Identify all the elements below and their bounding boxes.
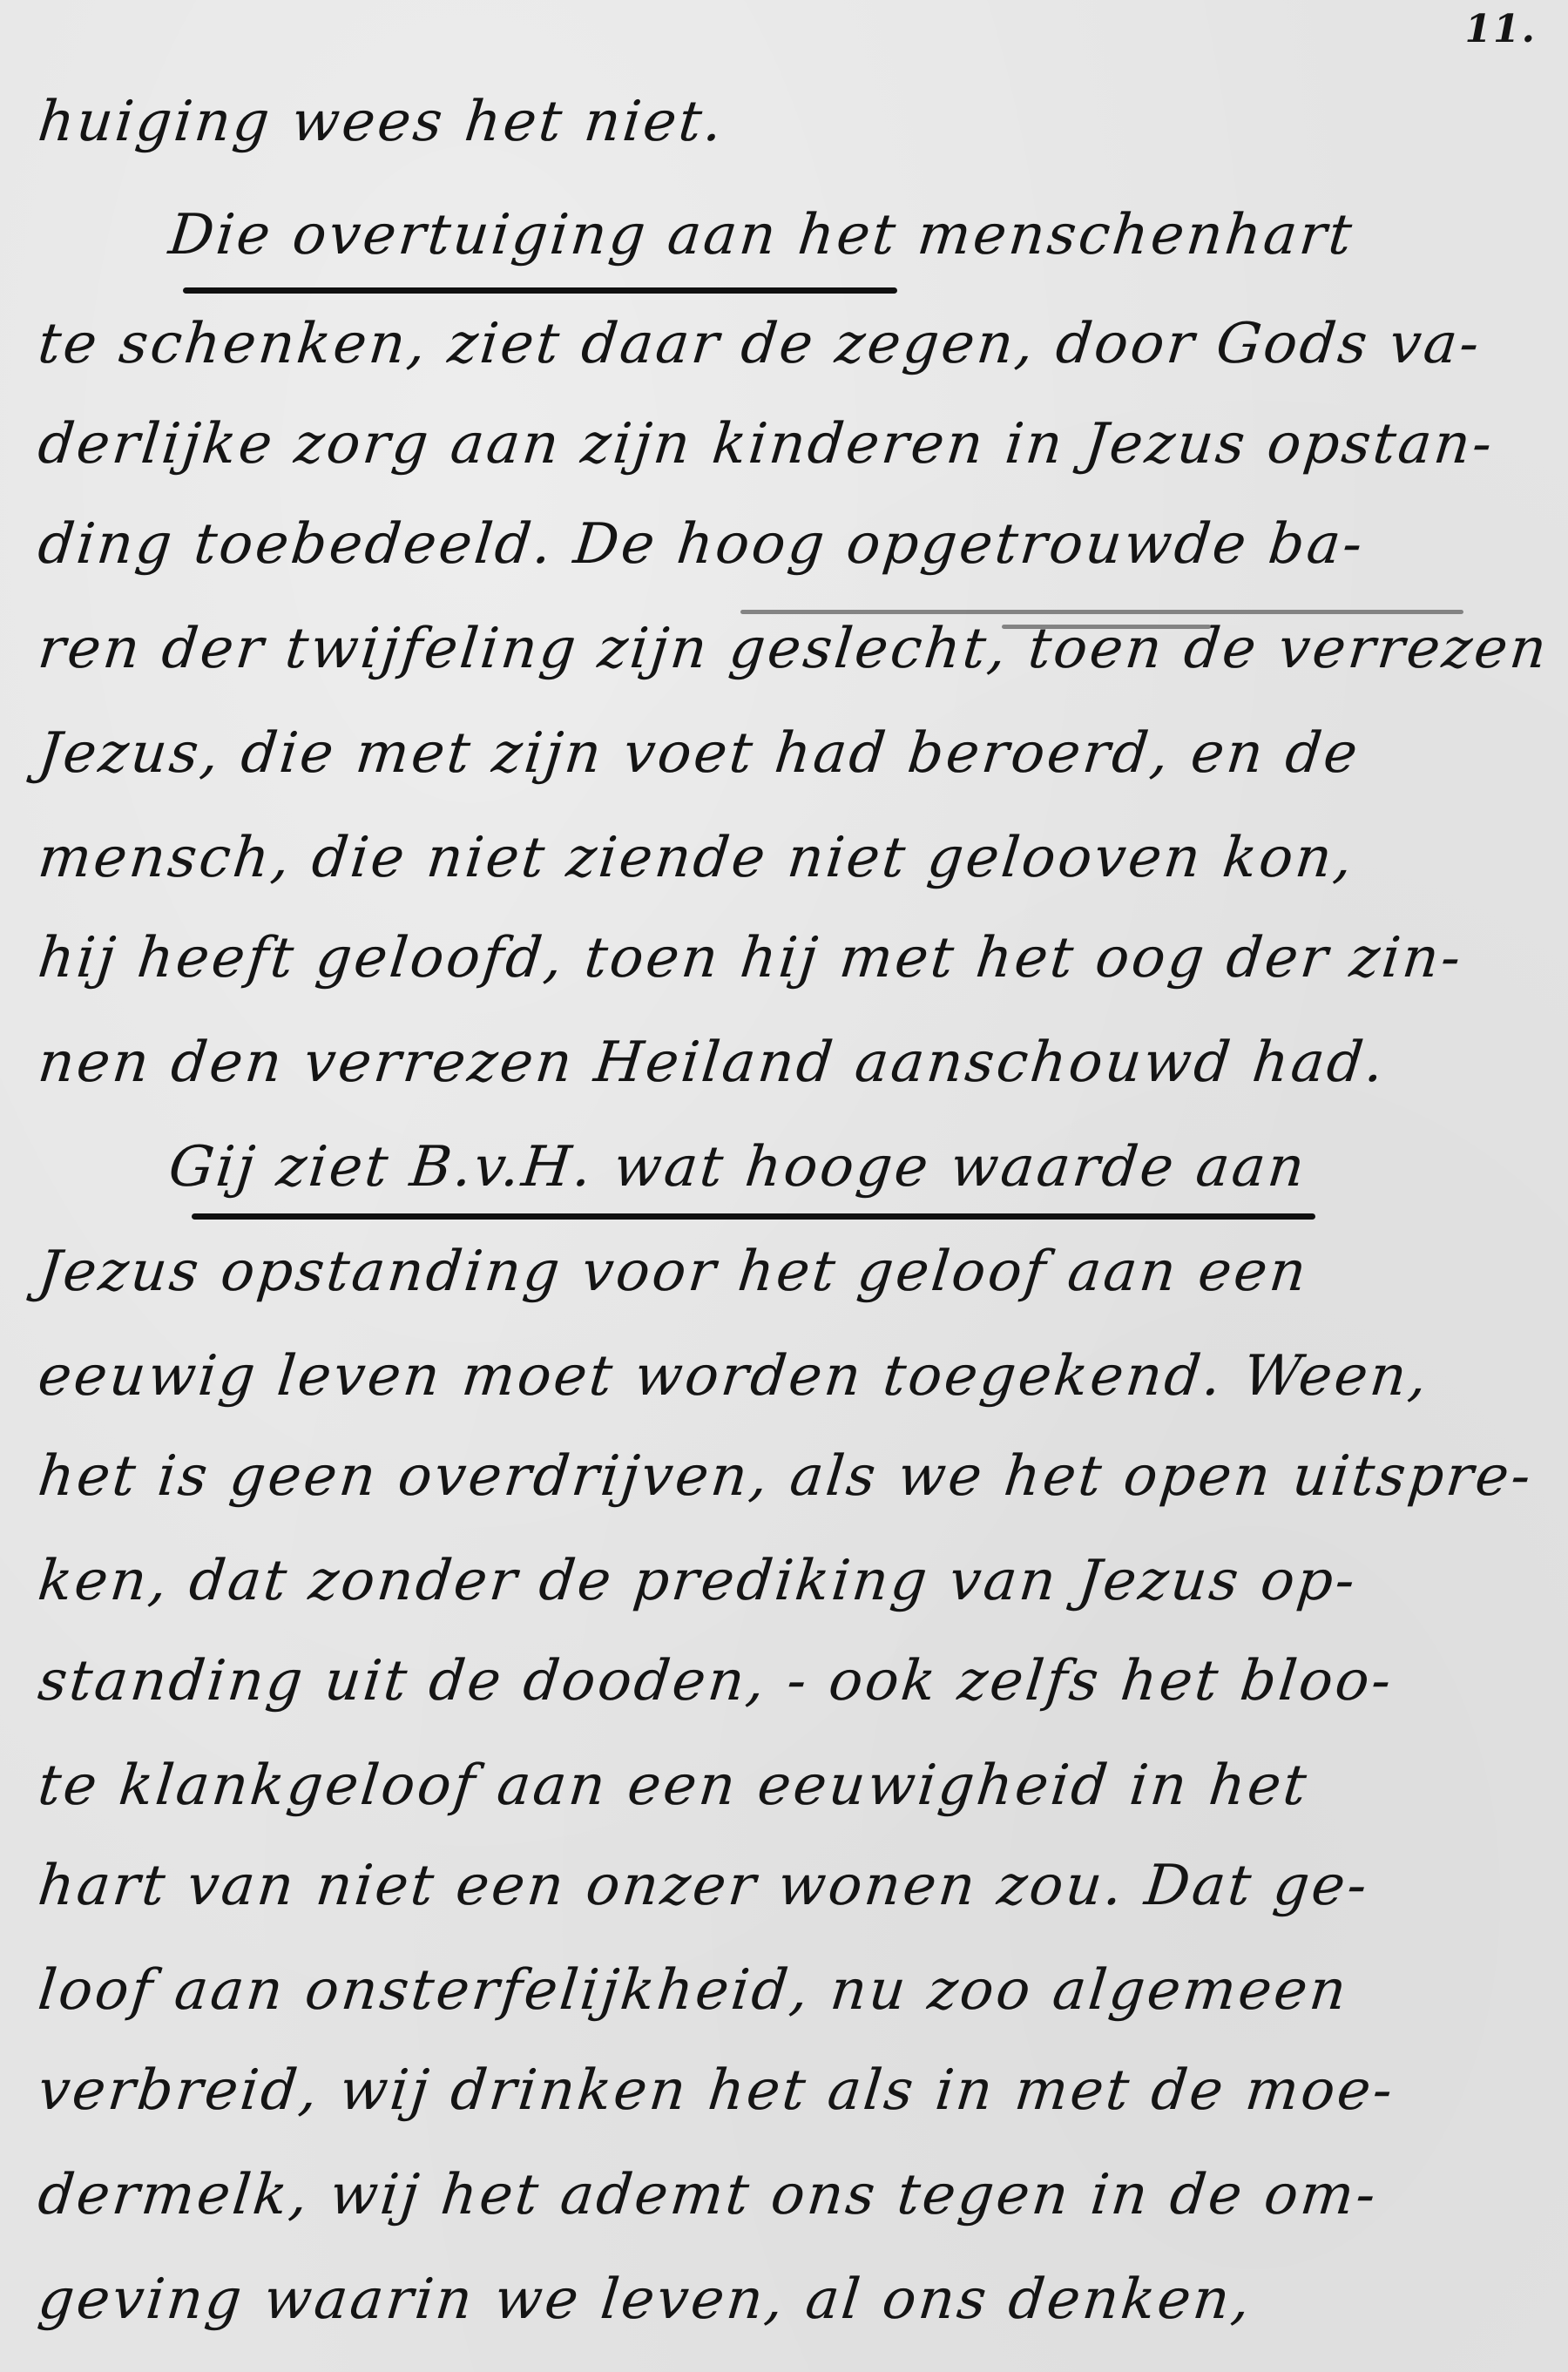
text-line: te schenken, ziet daar de zegen, door Go… bbox=[35, 309, 1540, 379]
text-line: mensch, die niet ziende niet gelooven ko… bbox=[35, 823, 1540, 893]
text-line: dermelk, wij het ademt ons tegen in de o… bbox=[35, 2160, 1540, 2230]
text-line: derlijke zorg aan zijn kinderen in Jezus… bbox=[35, 409, 1540, 479]
underline-die-overtuiging bbox=[183, 287, 897, 294]
text-line: standing uit de dooden, - ook zelfs het … bbox=[35, 1646, 1540, 1716]
text-line: Jezus, die met zijn voet had beroerd, en… bbox=[35, 719, 1540, 788]
text-line: te klankgeloof aan een eeuwigheid in het bbox=[35, 1751, 1540, 1821]
underline-de-hoog-short bbox=[1002, 625, 1211, 629]
text-line: ken, dat zonder de prediking van Jezus o… bbox=[35, 1546, 1540, 1616]
text-line: Die overtuiging aan het menschenhart bbox=[166, 200, 1568, 270]
text-line: Gij ziet B.v.H. wat hooge waarde aan bbox=[166, 1132, 1568, 1202]
text-line: geving waarin we leven, al ons denken, bbox=[35, 2265, 1540, 2335]
page-number: 11. bbox=[1464, 7, 1537, 51]
text-line: ding toebedeeld. De hoog opgetrouwde ba- bbox=[35, 510, 1540, 579]
text-line: het is geen overdrijven, als we het open… bbox=[35, 1442, 1540, 1511]
text-line: nen den verrezen Heiland aanschouwd had. bbox=[35, 1028, 1540, 1098]
text-line: hij heeft geloofd, toen hij met het oog … bbox=[35, 923, 1540, 993]
underline-de-hoog-opgetrouwde bbox=[740, 610, 1463, 614]
text-line: verbreid, wij drinken het als in met de … bbox=[35, 2056, 1540, 2125]
underline-gij-ziet bbox=[192, 1213, 1315, 1220]
text-line: ren der twijfeling zijn geslecht, toen d… bbox=[35, 614, 1540, 684]
text-line: loof aan onsterfelijkheid, nu zoo algeme… bbox=[35, 1956, 1540, 2025]
text-line: eeuwig leven moet worden toegekend. Ween… bbox=[35, 1341, 1540, 1411]
manuscript-page: 11. huiging wees het niet.Die overtuigin… bbox=[0, 0, 1568, 2372]
text-line: huiging wees het niet. bbox=[35, 87, 1540, 157]
text-line: hart van niet een onzer wonen zou. Dat g… bbox=[35, 1851, 1540, 1921]
text-line: Jezus opstanding voor het geloof aan een bbox=[35, 1237, 1540, 1307]
